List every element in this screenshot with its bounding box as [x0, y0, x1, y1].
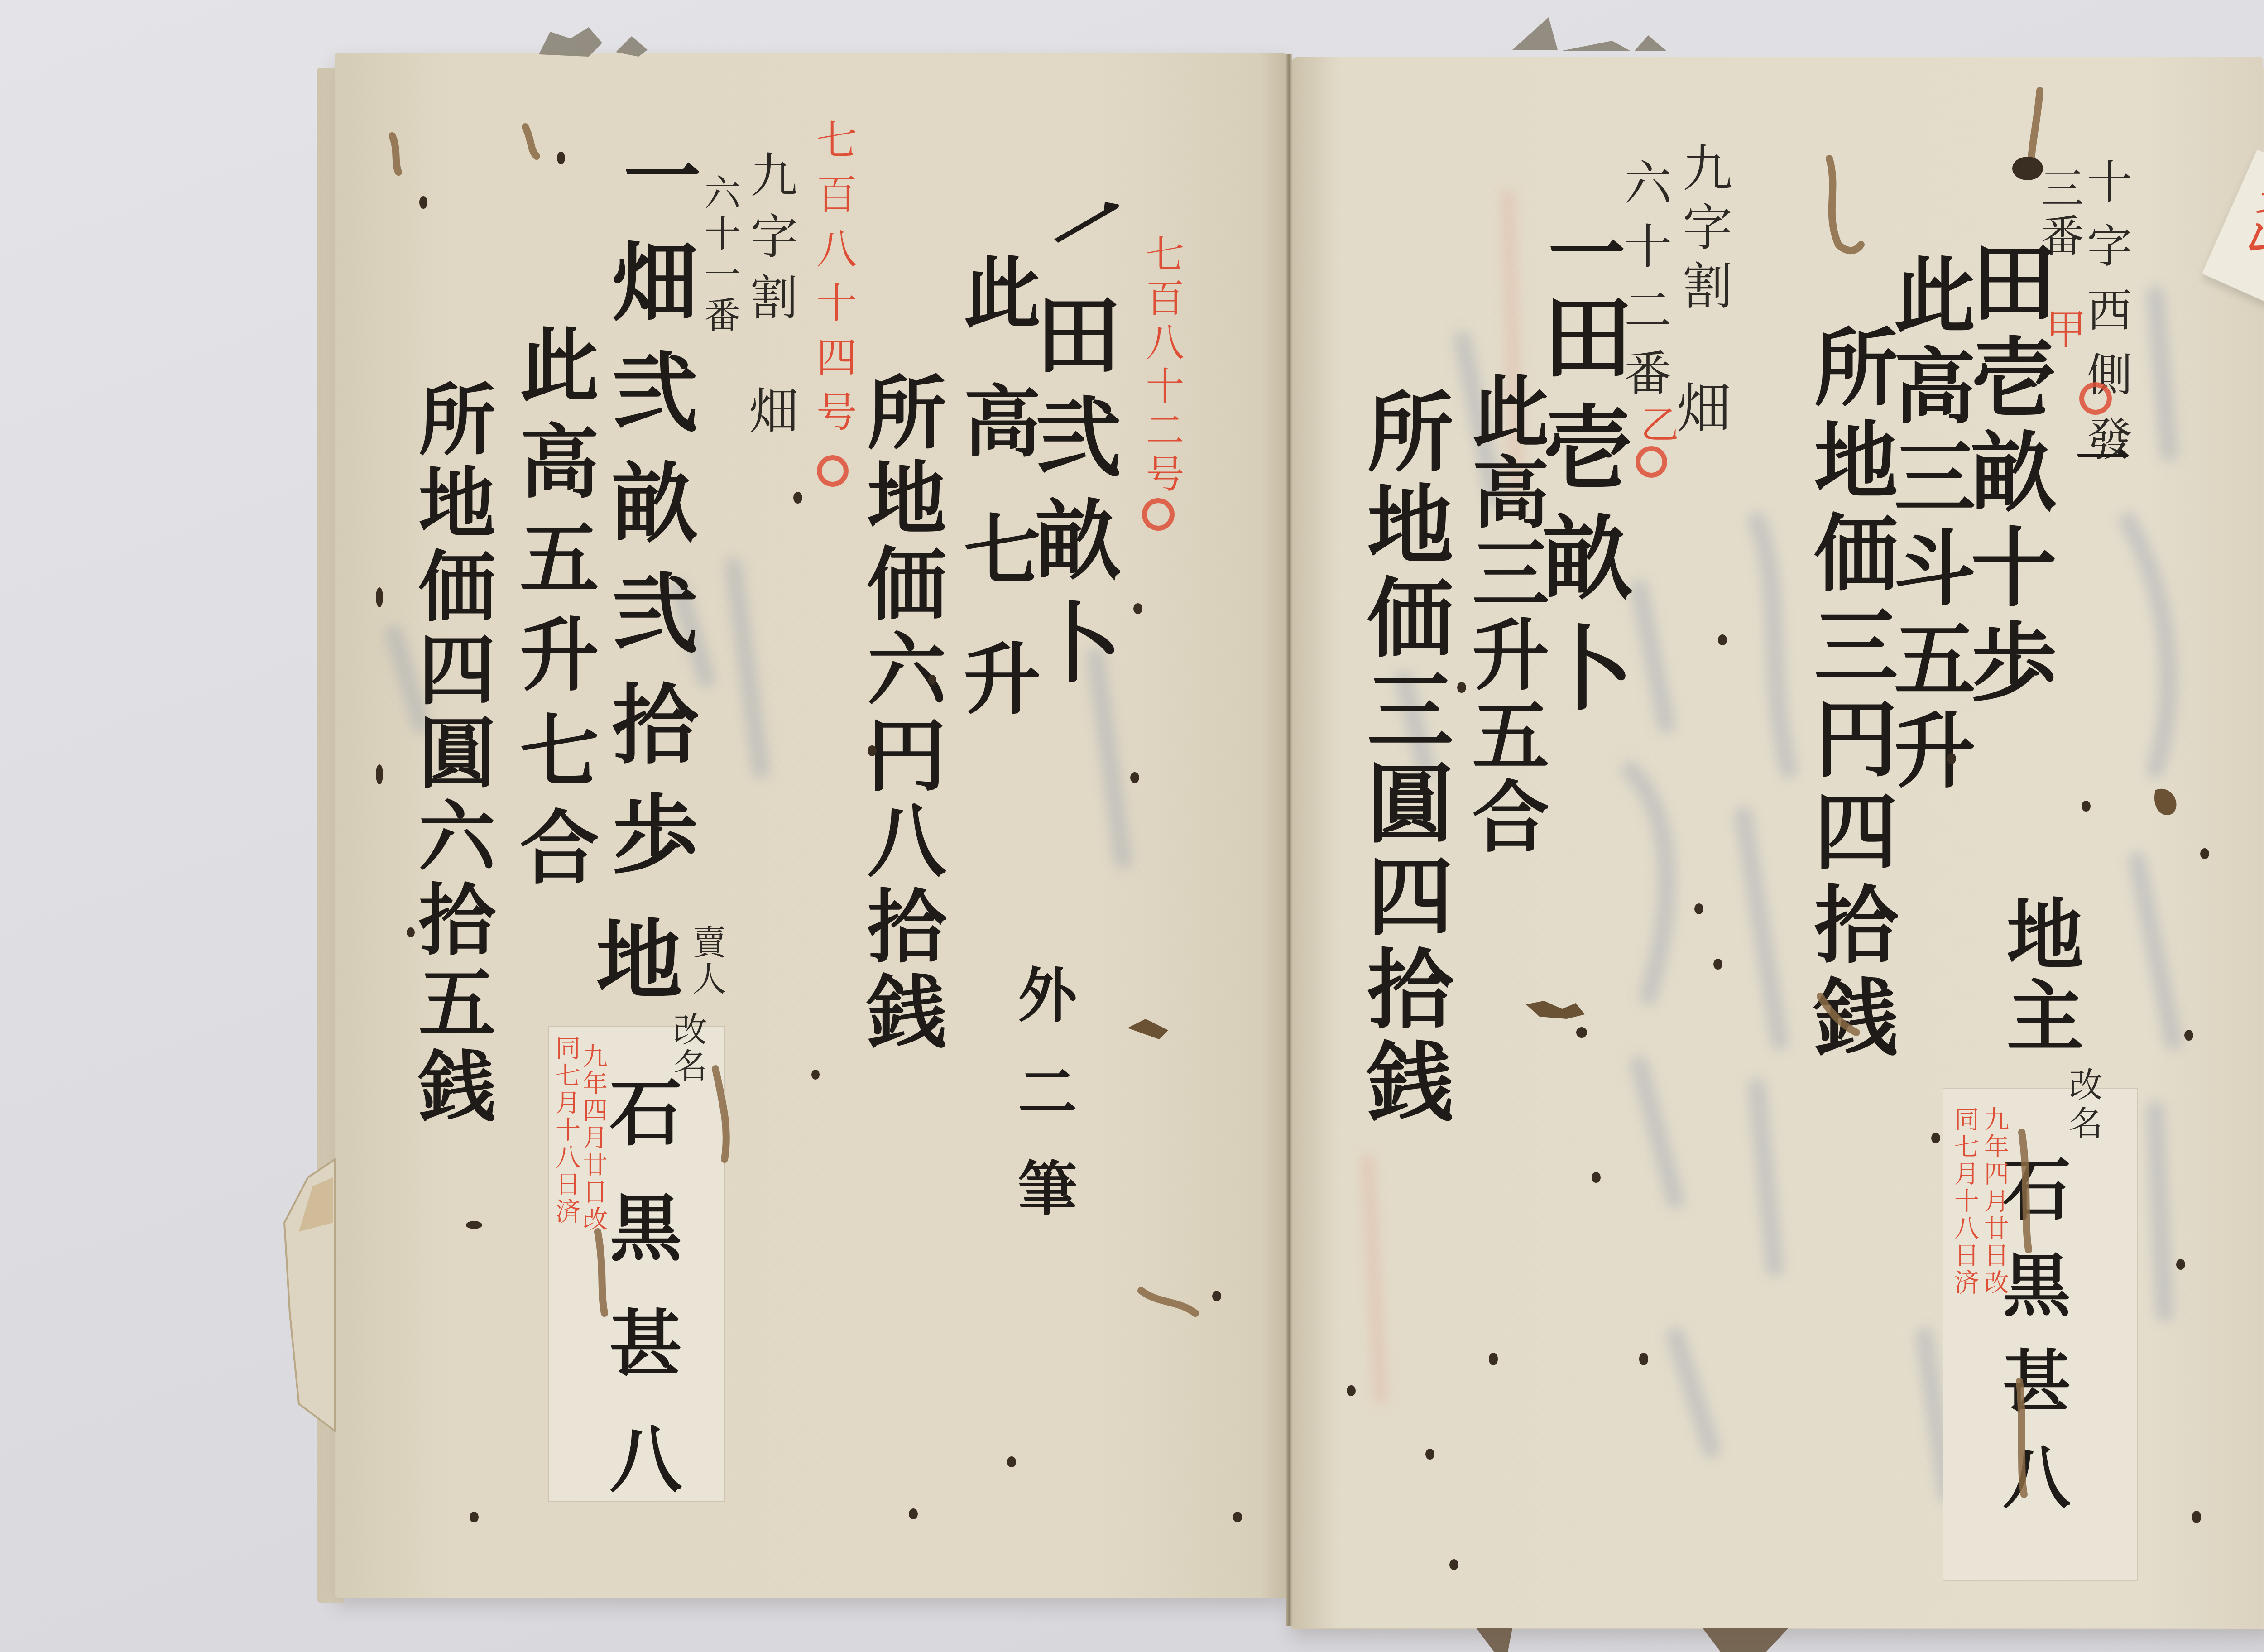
seal-stamp: [817, 455, 849, 487]
seller-label: 賣人: [690, 925, 724, 997]
item-marker: 一: [1542, 213, 1619, 290]
yield: 此高七升: [957, 253, 1034, 767]
owner-label: 地: [589, 915, 675, 1001]
additional-parcels: 外二筆: [1013, 964, 1072, 1255]
item-marker: 一: [2071, 430, 2125, 485]
place-name: 九字割: [1679, 142, 1728, 319]
land-value: 所地価四圓六拾五銭: [412, 379, 489, 1129]
place-name: 九字割: [746, 150, 794, 334]
seal-stamp: [1142, 498, 1175, 531]
item-marker: 一: [617, 136, 694, 213]
rename-label: 改名: [2066, 1067, 2100, 1144]
seal-stamp: [1636, 446, 1667, 478]
book-spine: [1286, 54, 1292, 1626]
register-number: 七百八十四号: [812, 119, 853, 445]
land-value: 所地価六円八拾銭: [861, 371, 940, 1056]
seal-stamp: [2079, 382, 2112, 415]
grade-stamp: 乙: [1637, 404, 1676, 443]
register-number: 七百八十二号: [1142, 234, 1181, 498]
red-note: 同七月十八日済: [1952, 1106, 1977, 1297]
land-value: 所地価三円四拾銭: [1807, 324, 1891, 1066]
red-note: 九年四月廿日改: [580, 1043, 605, 1233]
owner-label: 地主: [2000, 894, 2077, 1057]
yield: 此高五升七合: [513, 324, 593, 903]
yield: 此高三升五合: [1466, 371, 1543, 858]
land-area: 田壱畝十歩: [1964, 237, 2050, 713]
land-value: 所地価三圓四拾銭: [1360, 387, 1446, 1130]
owner-name: 石黒甚八: [604, 1075, 676, 1537]
land-area: 田弐畝卜: [1028, 290, 1114, 701]
land-category: 畑: [1672, 379, 1726, 434]
yield: 此高三斗五升: [1887, 253, 1969, 799]
lot-number: 六十一番: [701, 174, 737, 337]
rename-label: 改名: [671, 1012, 705, 1084]
red-note: 九年四月廿日改: [1982, 1106, 2007, 1297]
red-note: 同七月十八日済: [553, 1035, 578, 1225]
land-area: 畑弐畝弐拾歩: [605, 237, 691, 900]
land-category: 畑: [745, 385, 795, 435]
